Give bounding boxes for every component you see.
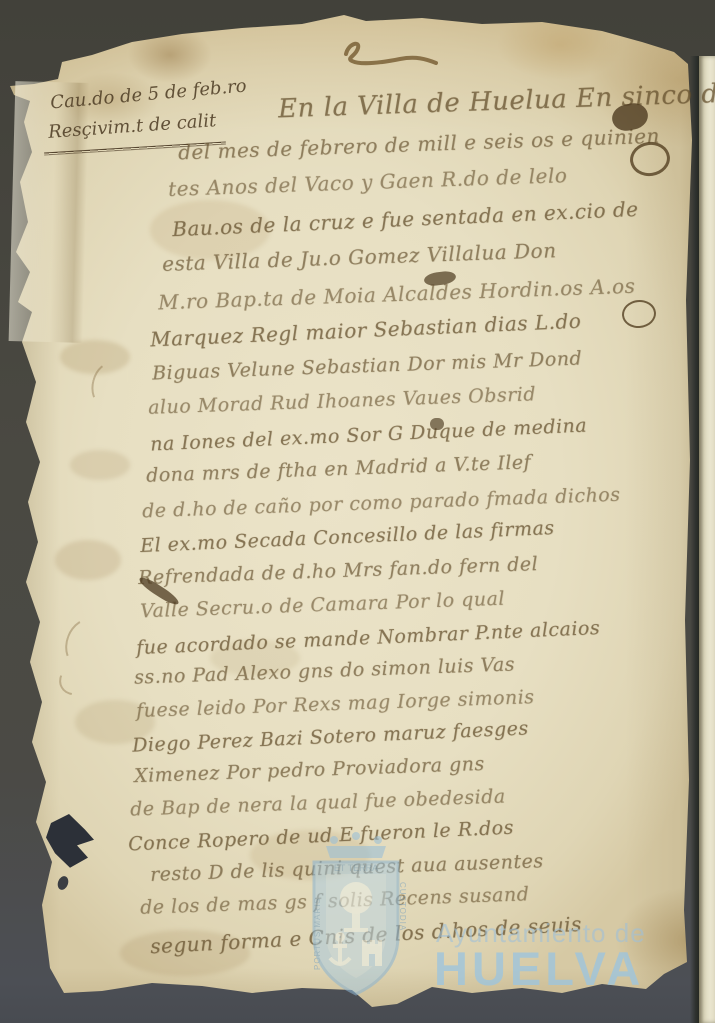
ink-blot: [430, 418, 444, 430]
crest-banner-text: ET TERRA: [334, 863, 378, 873]
archive-scan: Cau.do de 5 de feb.ro Resçivim.t de cali…: [0, 0, 715, 1023]
adjacent-page-edge: [699, 56, 715, 1023]
crest-right-text: CUSTODIA: [398, 882, 407, 931]
bleedthrough-smudge: [70, 450, 130, 480]
crest-tower-icon: [362, 940, 382, 966]
crest-left-text: PORTUS MARIS: [313, 897, 322, 970]
huelva-crest-watermark: ET TERRA PORTUS MARIS CUSTODIA: [300, 832, 412, 1004]
bleedthrough-smudge: [55, 540, 121, 580]
flourish-mark: [332, 36, 442, 70]
watermark-city-text: HUELVA: [434, 941, 644, 996]
